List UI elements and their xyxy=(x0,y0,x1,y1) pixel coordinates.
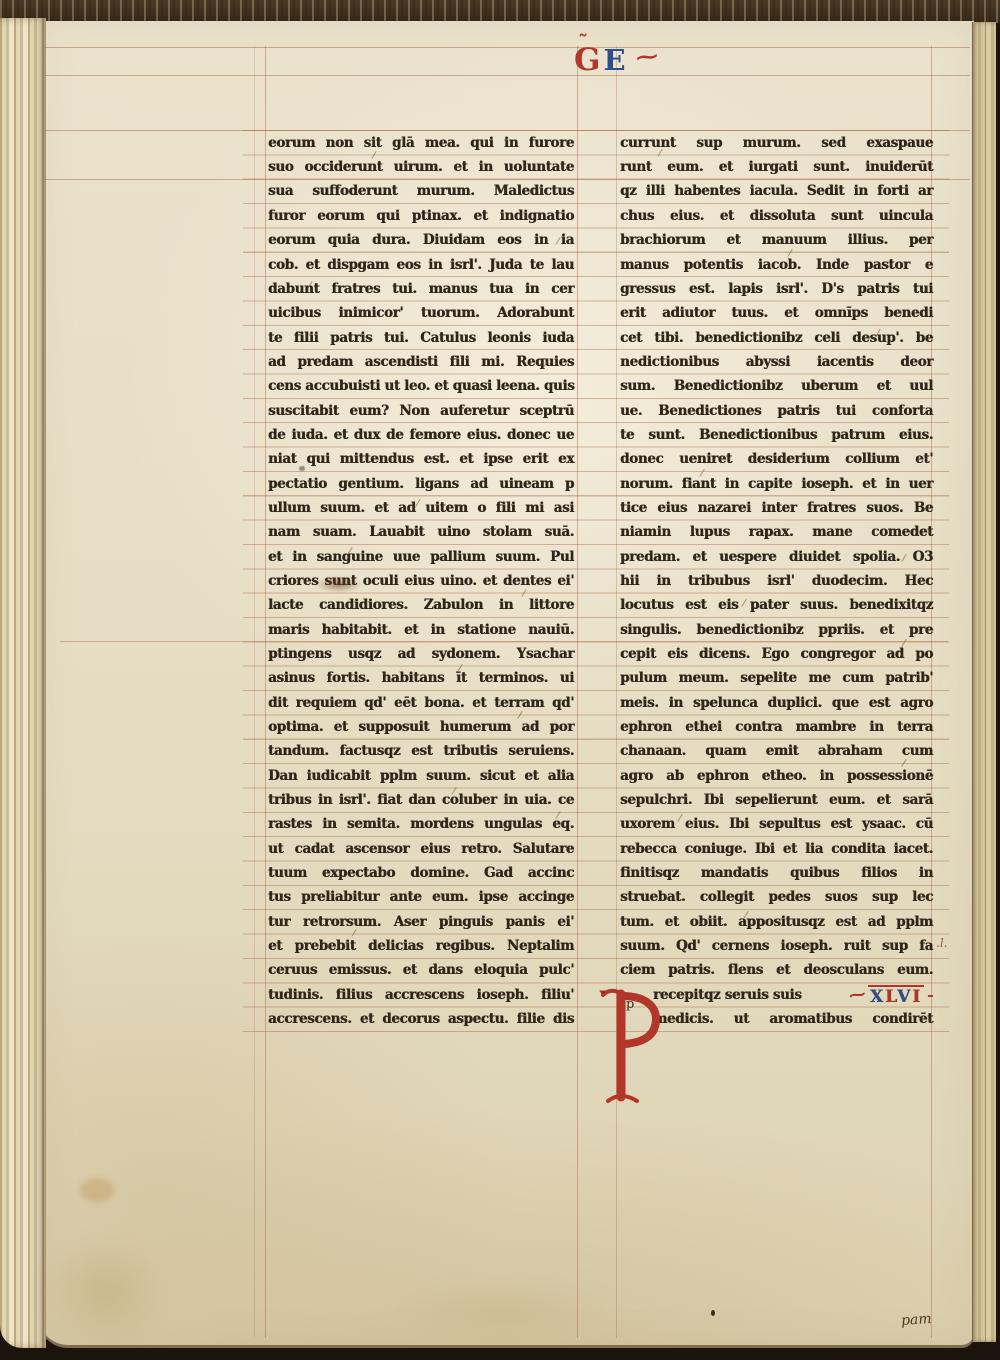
manuscript-text-line: nam suam. Lauabit uino stolam suā. xyxy=(268,520,574,544)
manuscript-text-line: donec ueniret desiderium collium et' xyxy=(620,447,933,471)
manuscript-text-line: dabunt fratres tui. manus tua in cer xyxy=(268,277,574,301)
manuscript-text-line: rastes in semita. mordens ungulas eq. xyxy=(268,812,574,836)
manuscript-text-line: ptingens usqz ad sydonem. Ysachar xyxy=(268,642,574,666)
manuscript-text-line: brachiorum et manuum illius. per xyxy=(620,228,933,252)
manuscript-text-line: Dan iudicabit pplm suum. sicut et alia xyxy=(268,764,574,788)
manuscript-text-line: pectatio gentium. ligans ad uineam p xyxy=(268,472,574,496)
manuscript-text-line: suum. Qd' cernens ioseph. ruit sup fa xyxy=(620,934,933,958)
ruled-vertical-col1-left xyxy=(265,46,266,1338)
manuscript-text-line: runt eum. et iurgati sunt. inuiderūt xyxy=(620,155,933,179)
manuscript-text-line: cet tibi. benedictionibz celi desup'. be xyxy=(620,326,933,350)
manuscript-text-line: cob. et dispgam eos in isrl'. Juda te la… xyxy=(268,253,574,277)
running-title: G˜E⁓ xyxy=(574,42,658,78)
manuscript-text-line: optima. et supposuit humerum ad por xyxy=(268,715,574,739)
running-title-letter-e: E xyxy=(603,43,625,77)
manuscript-text-line: qz illi habentes iacula. Sedit in forti … xyxy=(620,179,933,203)
manuscript-text-line: accrescens. et decorus aspectu. filie di… xyxy=(268,1007,574,1031)
manuscript-photo: { "manuscript": { "header": { "left_lett… xyxy=(0,0,1000,1360)
manuscript-text-line: ut cadat ascensor eius retro. Salutare xyxy=(268,837,574,861)
manuscript-text-line: predam. et uespere diuidet spolia. O3 xyxy=(620,545,933,569)
manuscript-text-line: struebat. collegit pedes suos sup lec xyxy=(620,885,933,909)
manuscript-text-line: tum. et obiit. appositusqz est ad pplm xyxy=(620,910,933,934)
chapter-line-text: recepitqz seruis suis xyxy=(653,983,801,1007)
chapter-heading-row: recepitqz seruis suis ⁓ XLVI - xyxy=(620,983,933,1007)
chapter-numeral-letter: X xyxy=(870,987,885,1007)
manuscript-text-line: ceruus emissus. et dans eloquia pulc' xyxy=(268,958,574,982)
chapter-numeral-letter: L xyxy=(885,987,897,1007)
manuscript-text-line: cepit eis dicens. Ego congregor ad po xyxy=(620,642,933,666)
abbreviation-tilde-icon: ˜ xyxy=(578,30,588,54)
guide-letter-p: p xyxy=(626,997,634,1012)
manuscript-text-line: sua suffoderunt murum. Maledictus xyxy=(268,179,574,203)
manuscript-text-line: eorum quia dura. Diuidam eos in ia xyxy=(268,228,574,252)
manuscript-text-line: te sunt. Benedictionibus patrum eius. xyxy=(620,423,933,447)
manuscript-text-line: tice eius nazarei inter fratres suos. Be xyxy=(620,496,933,520)
manuscript-text-line: maris habitabit. et in statione nauiū. xyxy=(268,618,574,642)
manuscript-text-line: tus preliabitur ante eum. ipse accinge xyxy=(268,885,574,909)
manuscript-text-line: criores sunt oculi eius uino. et dentes … xyxy=(268,569,574,593)
rubric-flourish-icon: ⁓ xyxy=(848,982,867,1008)
ruled-line-top-2 xyxy=(45,75,970,76)
chapter-numeral-letter: I xyxy=(912,987,922,1007)
quire-signature: pam xyxy=(900,1311,932,1329)
manuscript-text-line: erit adiutor tuus. et omnīps benedi xyxy=(620,301,933,325)
right-margin-note: .l. xyxy=(936,936,947,950)
manuscript-text-line: finitisqz mandatis quibus filios in xyxy=(620,861,933,885)
manuscript-text-line: tur retrorsum. Aser pinguis panis ei' xyxy=(268,910,574,934)
text-column-right: currunt sup murum. sed exaspauerunt eum.… xyxy=(620,131,933,1032)
manuscript-text-line: rebecca coniuge. Ibi et lia condita iace… xyxy=(620,837,933,861)
manuscript-text-line: dit requiem qd' eēt bona. et terram qd' xyxy=(268,691,574,715)
manuscript-text-line: cens accubuisti ut leo. et quasi leena. … xyxy=(268,374,574,398)
column-right-lines: currunt sup murum. sed exaspauerunt eum.… xyxy=(620,131,933,983)
manuscript-text-line: chus eius. et dissoluta sunt uincula xyxy=(620,204,933,228)
manuscript-text-line: lacte candidiores. Zabulon in littore xyxy=(268,593,574,617)
manuscript-text-line: pulum meum. sepelite me cum patrib' xyxy=(620,666,933,690)
ruled-line-top-1 xyxy=(45,47,970,48)
manuscript-text-line: niamin lupus rapax. mane comedet xyxy=(620,520,933,544)
column-left-lines: eorum non sit glā mea. qui in furoresuo … xyxy=(268,131,574,1032)
chapter-numeral-xlvi: XLVI xyxy=(868,985,924,1006)
manuscript-text-line: uicibus inimicor' tuorum. Adorabunt xyxy=(268,301,574,325)
manuscript-text-line: eorum non sit glā mea. qui in furore xyxy=(268,131,574,155)
manuscript-text-line: gressus est. lapis isrl'. D's patris tui xyxy=(620,277,933,301)
manuscript-text-line: niat qui mittendus est. et ipse erit ex xyxy=(268,447,574,471)
book-board-top-edge xyxy=(0,0,1000,23)
manuscript-text-line: te filii patris tui. Catulus leonis iuda xyxy=(268,326,574,350)
manuscript-text-line: currunt sup murum. sed exaspaue xyxy=(620,131,933,155)
manuscript-text-line: singulis. benedictionibz ppriis. et pre xyxy=(620,618,933,642)
ruled-vertical-col1-outer xyxy=(254,46,255,1338)
manuscript-text-line: locutus est eis pater suus. benedixitqz xyxy=(620,593,933,617)
manuscript-text-line: suo occiderunt uirum. et in uoluntate xyxy=(268,155,574,179)
manuscript-text-line: ue. Benedictiones patris tui conforta xyxy=(620,399,933,423)
manuscript-text-line: ephron ethei contra mambre in terra xyxy=(620,715,933,739)
manuscript-text-line: asinus fortis. habitans īt terminos. ui xyxy=(268,666,574,690)
manuscript-text-line: ciem patris. flens et deosculans eum. xyxy=(620,958,933,982)
manuscript-text-line: chanaan. quam emit abraham cum xyxy=(620,739,933,763)
ruled-vertical-gutter-right xyxy=(616,46,617,1338)
manuscript-text-line: uxorem eius. Ibi sepultus est ysaac. cū xyxy=(620,812,933,836)
manuscript-text-line: norum. fiant in capite ioseph. et in uer xyxy=(620,472,933,496)
manuscript-text-line: agro ab ephron etheo. in possessionē xyxy=(620,764,933,788)
ruled-vertical-gutter-left xyxy=(577,46,578,1338)
manuscript-text-line: medicis. ut aromatibus condirēt xyxy=(620,1007,933,1031)
manuscript-text-line: suscitabit eum? Non auferetur sceptrū xyxy=(268,399,574,423)
rubric-flourish-icon: ⁓ xyxy=(634,43,659,71)
manuscript-text-line: manus potentis iacob. Inde pastor e xyxy=(620,253,933,277)
manuscript-text-line: ad predam ascendisti fili mi. Requies xyxy=(268,350,574,374)
page-fore-edge-right xyxy=(972,22,996,1342)
manuscript-text-line: tribus in isrl'. fiat dan coluber in uia… xyxy=(268,788,574,812)
chapter-number-group: ⁓ XLVI - xyxy=(849,983,933,1007)
manuscript-text-line: meis. in spelunca duplici. que est agro xyxy=(620,691,933,715)
ink-smudge xyxy=(317,577,361,592)
manuscript-text-line: et prebebit delicias regibus. Neptalim xyxy=(268,934,574,958)
manuscript-text-line: tudinis. filius accrescens ioseph. filiu… xyxy=(268,983,574,1007)
chapter-numeral-letter: V xyxy=(897,987,912,1007)
stacked-page-edges-left xyxy=(0,18,46,1348)
manuscript-text-line: hii in tribubus isrl' duodecim. Hec xyxy=(620,569,933,593)
manuscript-text-line: nedictionibus abyssi iacentis deor xyxy=(620,350,933,374)
manuscript-text-line: sum. Benedictionibz uberum et uul xyxy=(620,374,933,398)
manuscript-text-line: sepulchri. Ibi sepelierunt eum. et sarā xyxy=(620,788,933,812)
manuscript-text-line: de iuda. et dux de femore eius. donec ue xyxy=(268,423,574,447)
text-column-left: eorum non sit glā mea. qui in furoresuo … xyxy=(268,131,574,1032)
manuscript-text-line: furor eorum qui ptinax. et indignatio xyxy=(268,204,574,228)
rubric-dash-icon: - xyxy=(927,983,933,1007)
manuscript-text-line: et in sanguine uue pallium suum. Pul xyxy=(268,545,574,569)
manuscript-text-line: tandum. factusqz est tributis seruiens. xyxy=(268,739,574,763)
manuscript-text-line: tuum expectabo domine. Gad accinc xyxy=(268,861,574,885)
